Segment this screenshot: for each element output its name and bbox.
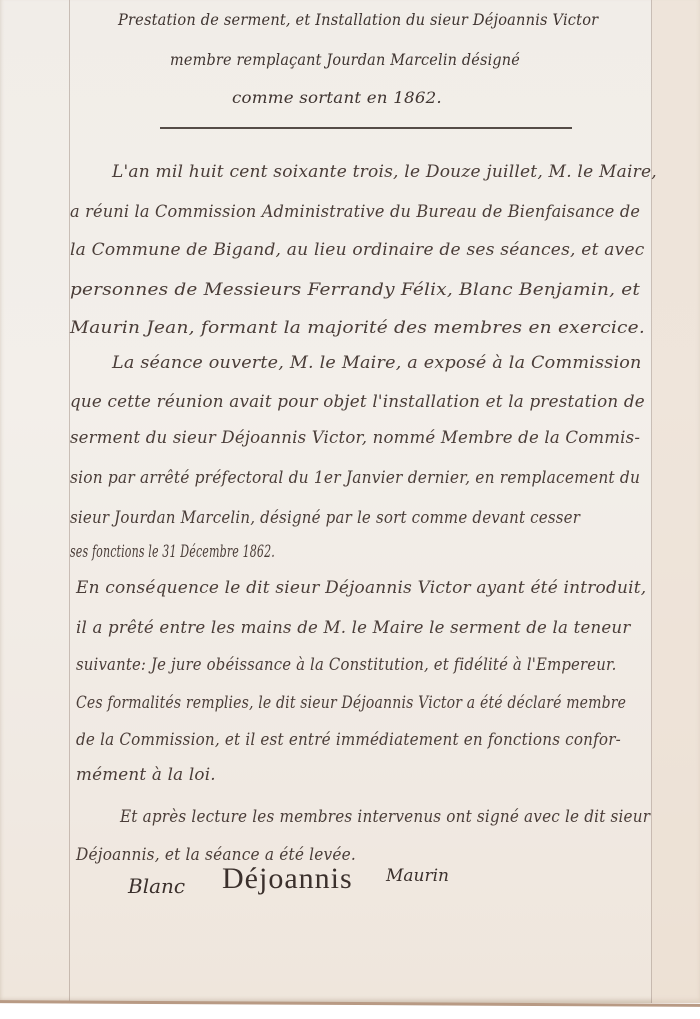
body-line-8: serment du sieur Déjoannis Victor, nommé… <box>70 428 640 448</box>
body-line-3: la Commune de Bigand, au lieu ordinaire … <box>70 240 644 260</box>
body-line-12: En conséquence le dit sieur Déjoannis Vi… <box>76 578 646 598</box>
signature-blanc: Blanc <box>128 874 185 898</box>
body-line-13: il a prêté entre les mains de M. le Mair… <box>76 618 630 638</box>
body-line-5: Maurin Jean, formant la majorité des mem… <box>70 318 645 338</box>
body-line-14: suivante: Je jure obéissance à la Consti… <box>76 655 617 675</box>
heading-line-2: membre remplaçant Jourdan Marcelin désig… <box>170 50 520 69</box>
right-margin-line <box>651 0 652 1003</box>
body-line-1: L'an mil huit cent soixante trois, le Do… <box>112 162 657 182</box>
left-margin-line <box>69 0 70 1003</box>
body-line-17: mément à la loi. <box>76 765 216 785</box>
body-line-15: Ces formalités remplies, le dit sieur Dé… <box>76 693 626 713</box>
body-line-9: sion par arrêté préfectoral du 1er Janvi… <box>70 468 640 488</box>
body-line-16: de la Commission, et il est entré immédi… <box>76 730 621 750</box>
manuscript-page: Prestation de serment, et Installation d… <box>0 0 700 1003</box>
body-line-7: que cette réunion avait pour objet l'ins… <box>70 392 645 412</box>
signature-maurin: Maurin <box>386 866 449 886</box>
body-line-2: a réuni la Commission Administrative du … <box>70 202 640 222</box>
body-line-4: personnes de Messieurs Ferrandy Félix, B… <box>70 280 640 300</box>
body-line-11: ses fonctions le 31 Décembre 1862. <box>70 542 275 562</box>
body-line-6: La séance ouverte, M. le Maire, a exposé… <box>112 353 642 373</box>
body-line-10: sieur Jourdan Marcelin, désigné par le s… <box>70 508 580 528</box>
heading-line-3: comme sortant en 1862. <box>232 88 442 107</box>
body-line-18: Et après lecture les membres intervenus … <box>120 807 650 827</box>
heading-line-1: Prestation de serment, et Installation d… <box>118 10 598 29</box>
heading-divider <box>160 127 572 129</box>
page-edge-strip <box>652 0 700 1003</box>
signature-dejoannis: Déjoannis <box>222 862 353 896</box>
